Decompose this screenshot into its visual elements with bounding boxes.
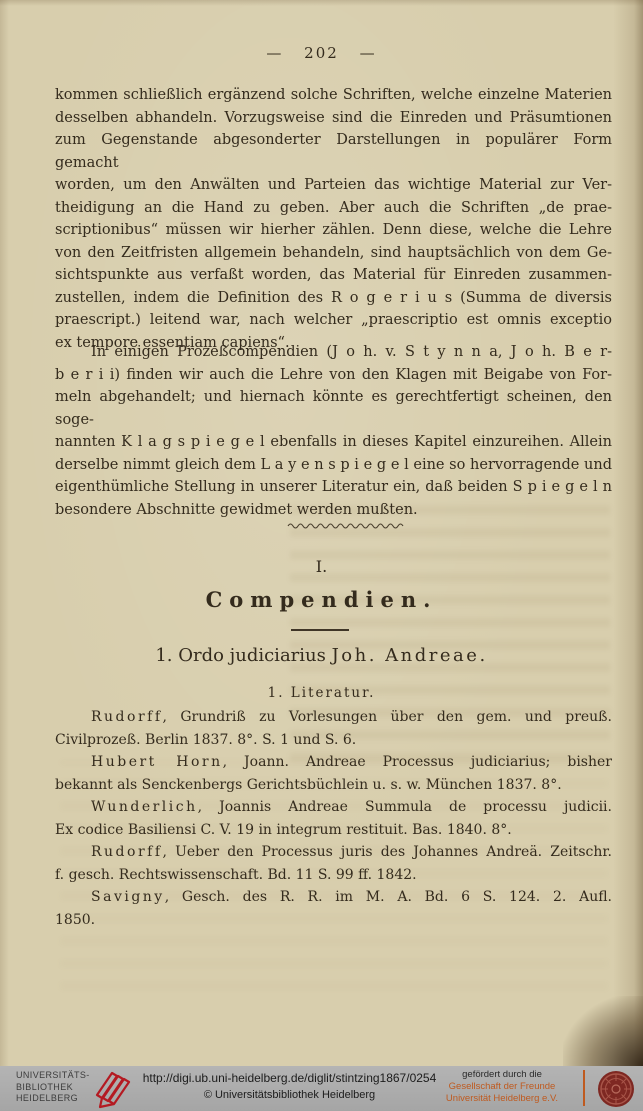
funder-name: Gesellschaft der Freunde <box>438 1081 566 1093</box>
text-line: kommen schließlich ergänzend solche Schr… <box>55 84 612 107</box>
paragraph: kommen schließlich ergänzend solche Schr… <box>55 84 612 354</box>
library-name-line: BIBLIOTHEK <box>16 1082 90 1094</box>
rule-divider <box>291 629 349 631</box>
author-name: Rudorff <box>91 709 163 725</box>
text-line: In einigen Prozeßcompendien (J o h. v. S… <box>55 341 612 364</box>
squiggle-divider <box>287 521 405 529</box>
author-name: Savigny <box>91 889 165 905</box>
university-seal-icon <box>596 1069 636 1109</box>
section-title: Compendien. <box>0 587 643 612</box>
subsection-heading-text: 1. Ordo judiciarius <box>155 645 331 666</box>
bibliography-entry-line: Rudorff, Ueber den Processus juris des J… <box>55 841 612 864</box>
entry-text: , Joann. Andreae Processus judiciarius; … <box>223 754 612 770</box>
vertical-divider <box>583 1070 585 1106</box>
text-line: sichtspunkte aus verfaßt worden, das Mat… <box>55 264 612 287</box>
text-line: zustellen, indem die Definition des R o … <box>55 287 612 310</box>
text-line: theidigung an die Hand zu geben. Aber au… <box>55 197 612 220</box>
scanned-book-page: — 202 — kommen schließlich ergänzend sol… <box>0 0 643 1066</box>
text-line: worden, um den Anwälten und Parteien das… <box>55 174 612 197</box>
subsection-heading-name: Joh. Andreae. <box>332 645 488 666</box>
text-line: eigenthümliche Stellung in unserer Liter… <box>55 476 612 499</box>
literatur-heading: 1. Literatur. <box>0 685 643 701</box>
funder-name: Universität Heidelberg e.V. <box>438 1093 566 1105</box>
footer-center: http://digi.ub.uni-heidelberg.de/diglit/… <box>122 1071 457 1101</box>
entry-text: , Ueber den Processus juris des Johannes… <box>163 844 612 860</box>
funding-credit: gefördert durch die Gesellschaft der Fre… <box>438 1069 566 1105</box>
text-line: meln abgehandelt; und hiernach könnte es… <box>55 386 612 431</box>
bibliography-entry-line: f. gesch. Rechtswissenschaft. Bd. 11 S. … <box>55 864 612 887</box>
funded-by-label: gefördert durch die <box>438 1069 566 1081</box>
text-line: scriptionibus“ müssen wir hierher zählen… <box>55 219 612 242</box>
bibliography-entry-line: bekannt als Senckenbergs Gerichtsbüchlei… <box>55 774 612 797</box>
author-name: Rudorff <box>91 844 163 860</box>
bibliography-entry-line: Hubert Horn, Joann. Andreae Processus ju… <box>55 751 612 774</box>
text-line: desselben abhandeln. Vorzugsweise sind d… <box>55 107 612 130</box>
bibliography-entry-line: Wunderlich, Joannis Andreae Summula de p… <box>55 796 612 819</box>
library-name-line: UNIVERSITÄTS- <box>16 1070 90 1082</box>
subsection-heading: 1. Ordo judiciarius Joh. Andreae. <box>0 645 643 666</box>
author-name: Wunderlich <box>91 799 198 815</box>
text-line: zum Gegenstande abgesonderter Darstellun… <box>55 129 612 174</box>
text-line: besondere Abschnitte gewidmet werden muß… <box>55 499 612 522</box>
bibliography-entry-line: Ex codice Basiliensi C. V. 19 in integru… <box>55 819 612 842</box>
text-line: derselbe nimmt gleich dem L a y e n s p … <box>55 454 612 477</box>
bibliography-entry-line: Rudorff, Grundriß zu Vorlesungen über de… <box>55 706 612 729</box>
page-edge-shadow <box>563 996 643 1066</box>
bibliography-entry-line: 1850. <box>55 909 612 932</box>
text-line: von den Zeitfristen allgemein behandeln,… <box>55 242 612 265</box>
author-name: Hubert Horn <box>91 754 223 770</box>
digitization-url: http://digi.ub.uni-heidelberg.de/diglit/… <box>122 1071 457 1085</box>
entry-text: , Grundriß zu Vorlesungen über den gem. … <box>163 709 612 725</box>
text-line: nannten K l a g s p i e g e l ebenfalls … <box>55 431 612 454</box>
section-numeral: I. <box>0 557 643 576</box>
text-line: b e r i i) finden wir auch die Lehre von… <box>55 364 612 387</box>
bibliography-entry-line: Civilprozeß. Berlin 1837. 8°. S. 1 und S… <box>55 729 612 752</box>
paragraph: In einigen Prozeßcompendien (J o h. v. S… <box>55 341 612 521</box>
bibliography-entry-line: Savigny, Gesch. des R. R. im M. A. Bd. 6… <box>55 886 612 909</box>
copyright-line: © Universitätsbibliothek Heidelberg <box>122 1089 457 1101</box>
footer-bar: UNIVERSITÄTS- BIBLIOTHEK HEIDELBERG http… <box>0 1066 643 1111</box>
library-name-line: HEIDELBERG <box>16 1093 90 1105</box>
library-name: UNIVERSITÄTS- BIBLIOTHEK HEIDELBERG <box>16 1070 90 1105</box>
bibliography: Rudorff, Grundriß zu Vorlesungen über de… <box>55 706 612 931</box>
entry-text: , Gesch. des R. R. im M. A. Bd. 6 S. 124… <box>165 889 612 905</box>
entry-text: , Joannis Andreae Summula de processu ju… <box>198 799 612 815</box>
text-line: praescript.) leitend war, nach welcher „… <box>55 309 612 332</box>
page-number: — 202 — <box>0 44 643 62</box>
